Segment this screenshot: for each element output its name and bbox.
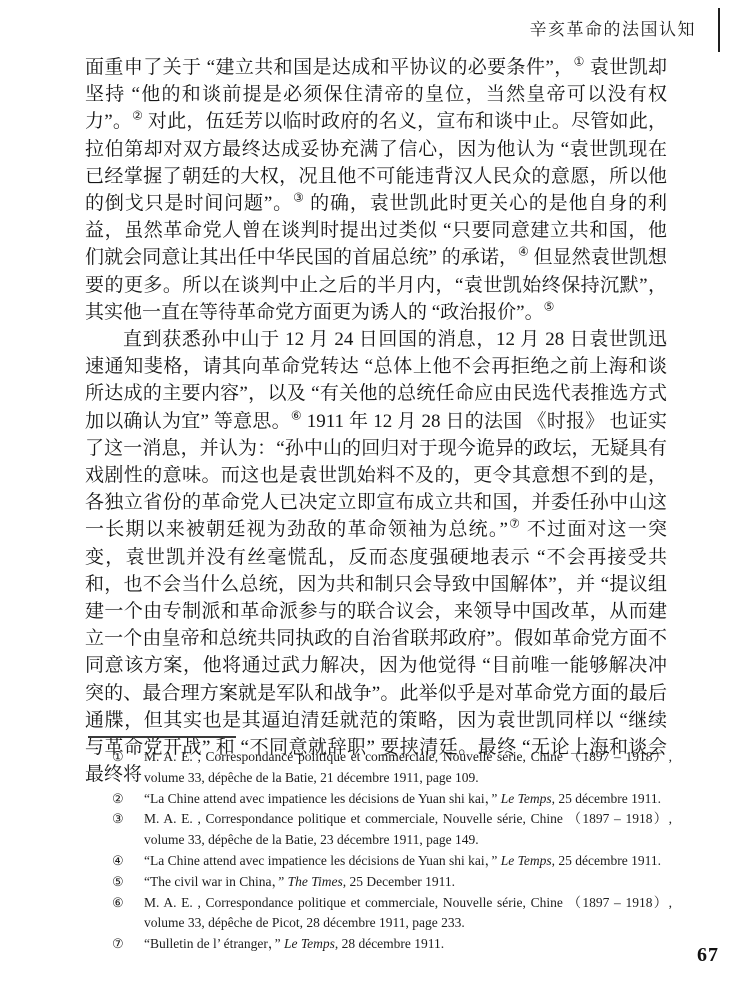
footnote-marker: ⑥ <box>112 893 144 914</box>
footnote-ref: ④ <box>518 246 529 259</box>
footnote: ④“La Chine attend avec impatience les dé… <box>112 851 672 872</box>
footnote: ⑤“The civil war in China，” The Times, 25… <box>112 872 672 893</box>
footnote-marker: ① <box>112 747 144 768</box>
footnote-marker: ④ <box>112 851 144 872</box>
body-paragraph: 直到获悉孙中山于 12 月 24 日回国的消息，12 月 28 日袁世凯迅速通知… <box>85 326 667 788</box>
body-paragraph: 面重申了关于 “建立共和国是达成和平协议的必要条件”，① 袁世凯却坚持 “他的和… <box>85 54 667 326</box>
footnote-text: Le Temps <box>501 853 552 868</box>
footnote-ref: ③ <box>293 192 304 205</box>
footnote-text: The Times <box>288 874 343 889</box>
footnote: ①M. A. E. , Correspondance politique et … <box>112 747 672 789</box>
book-page: 辛亥革命的法国认知 面重申了关于 “建立共和国是达成和平协议的必要条件”，① 袁… <box>0 0 750 1000</box>
footnote-text: “Bulletin de l’ étranger，” <box>144 936 284 951</box>
footnotes: ①M. A. E. , Correspondance politique et … <box>112 747 672 955</box>
footnote: ⑦“Bulletin de l’ étranger，” Le Temps, 28… <box>112 934 672 955</box>
footnote-text: M. A. E. , Correspondance politique et c… <box>144 895 672 931</box>
running-header: 辛亥革命的法国认知 <box>530 8 721 52</box>
footnote-text: , 25 December 1911. <box>343 874 455 889</box>
footnote-marker: ② <box>112 789 144 810</box>
footnote-text: Le Temps <box>501 791 552 806</box>
footnote: ⑥M. A. E. , Correspondance politique et … <box>112 893 672 935</box>
page-number: 67 <box>697 944 719 967</box>
footnote-text: “La Chine attend avec impatience les déc… <box>144 791 501 806</box>
footnote-ref: ⑥ <box>291 409 302 422</box>
footnote-text: “The civil war in China，” <box>144 874 288 889</box>
running-header-title: 辛亥革命的法国认知 <box>530 8 697 52</box>
footnote-ref: ② <box>132 110 143 123</box>
footnote-text: M. A. E. , Correspondance politique et c… <box>144 811 672 847</box>
footnote-ref: ⑤ <box>544 301 555 314</box>
footnote-text: , 25 décembre 1911. <box>552 791 661 806</box>
footnote-marker: ⑤ <box>112 872 144 893</box>
footnote-marker: ⑦ <box>112 934 144 955</box>
footnote-marker: ③ <box>112 809 144 830</box>
footnote: ③M. A. E. , Correspondance politique et … <box>112 809 672 851</box>
footnote-text: M. A. E. , Correspondance politique et c… <box>144 749 672 785</box>
footnote-text: , 28 décembre 1911. <box>335 936 444 951</box>
footnote-text: , 25 décembre 1911. <box>552 853 661 868</box>
header-rule <box>718 8 720 52</box>
footnote-ref: ① <box>574 56 585 69</box>
footnote-divider <box>88 736 236 738</box>
footnote-text: “La Chine attend avec impatience les déc… <box>144 853 501 868</box>
footnote-ref: ⑦ <box>508 518 521 531</box>
body-text: 面重申了关于 “建立共和国是达成和平协议的必要条件”，① 袁世凯却坚持 “他的和… <box>85 54 667 788</box>
footnote: ②“La Chine attend avec impatience les dé… <box>112 789 672 810</box>
footnote-text: Le Temps <box>284 936 335 951</box>
